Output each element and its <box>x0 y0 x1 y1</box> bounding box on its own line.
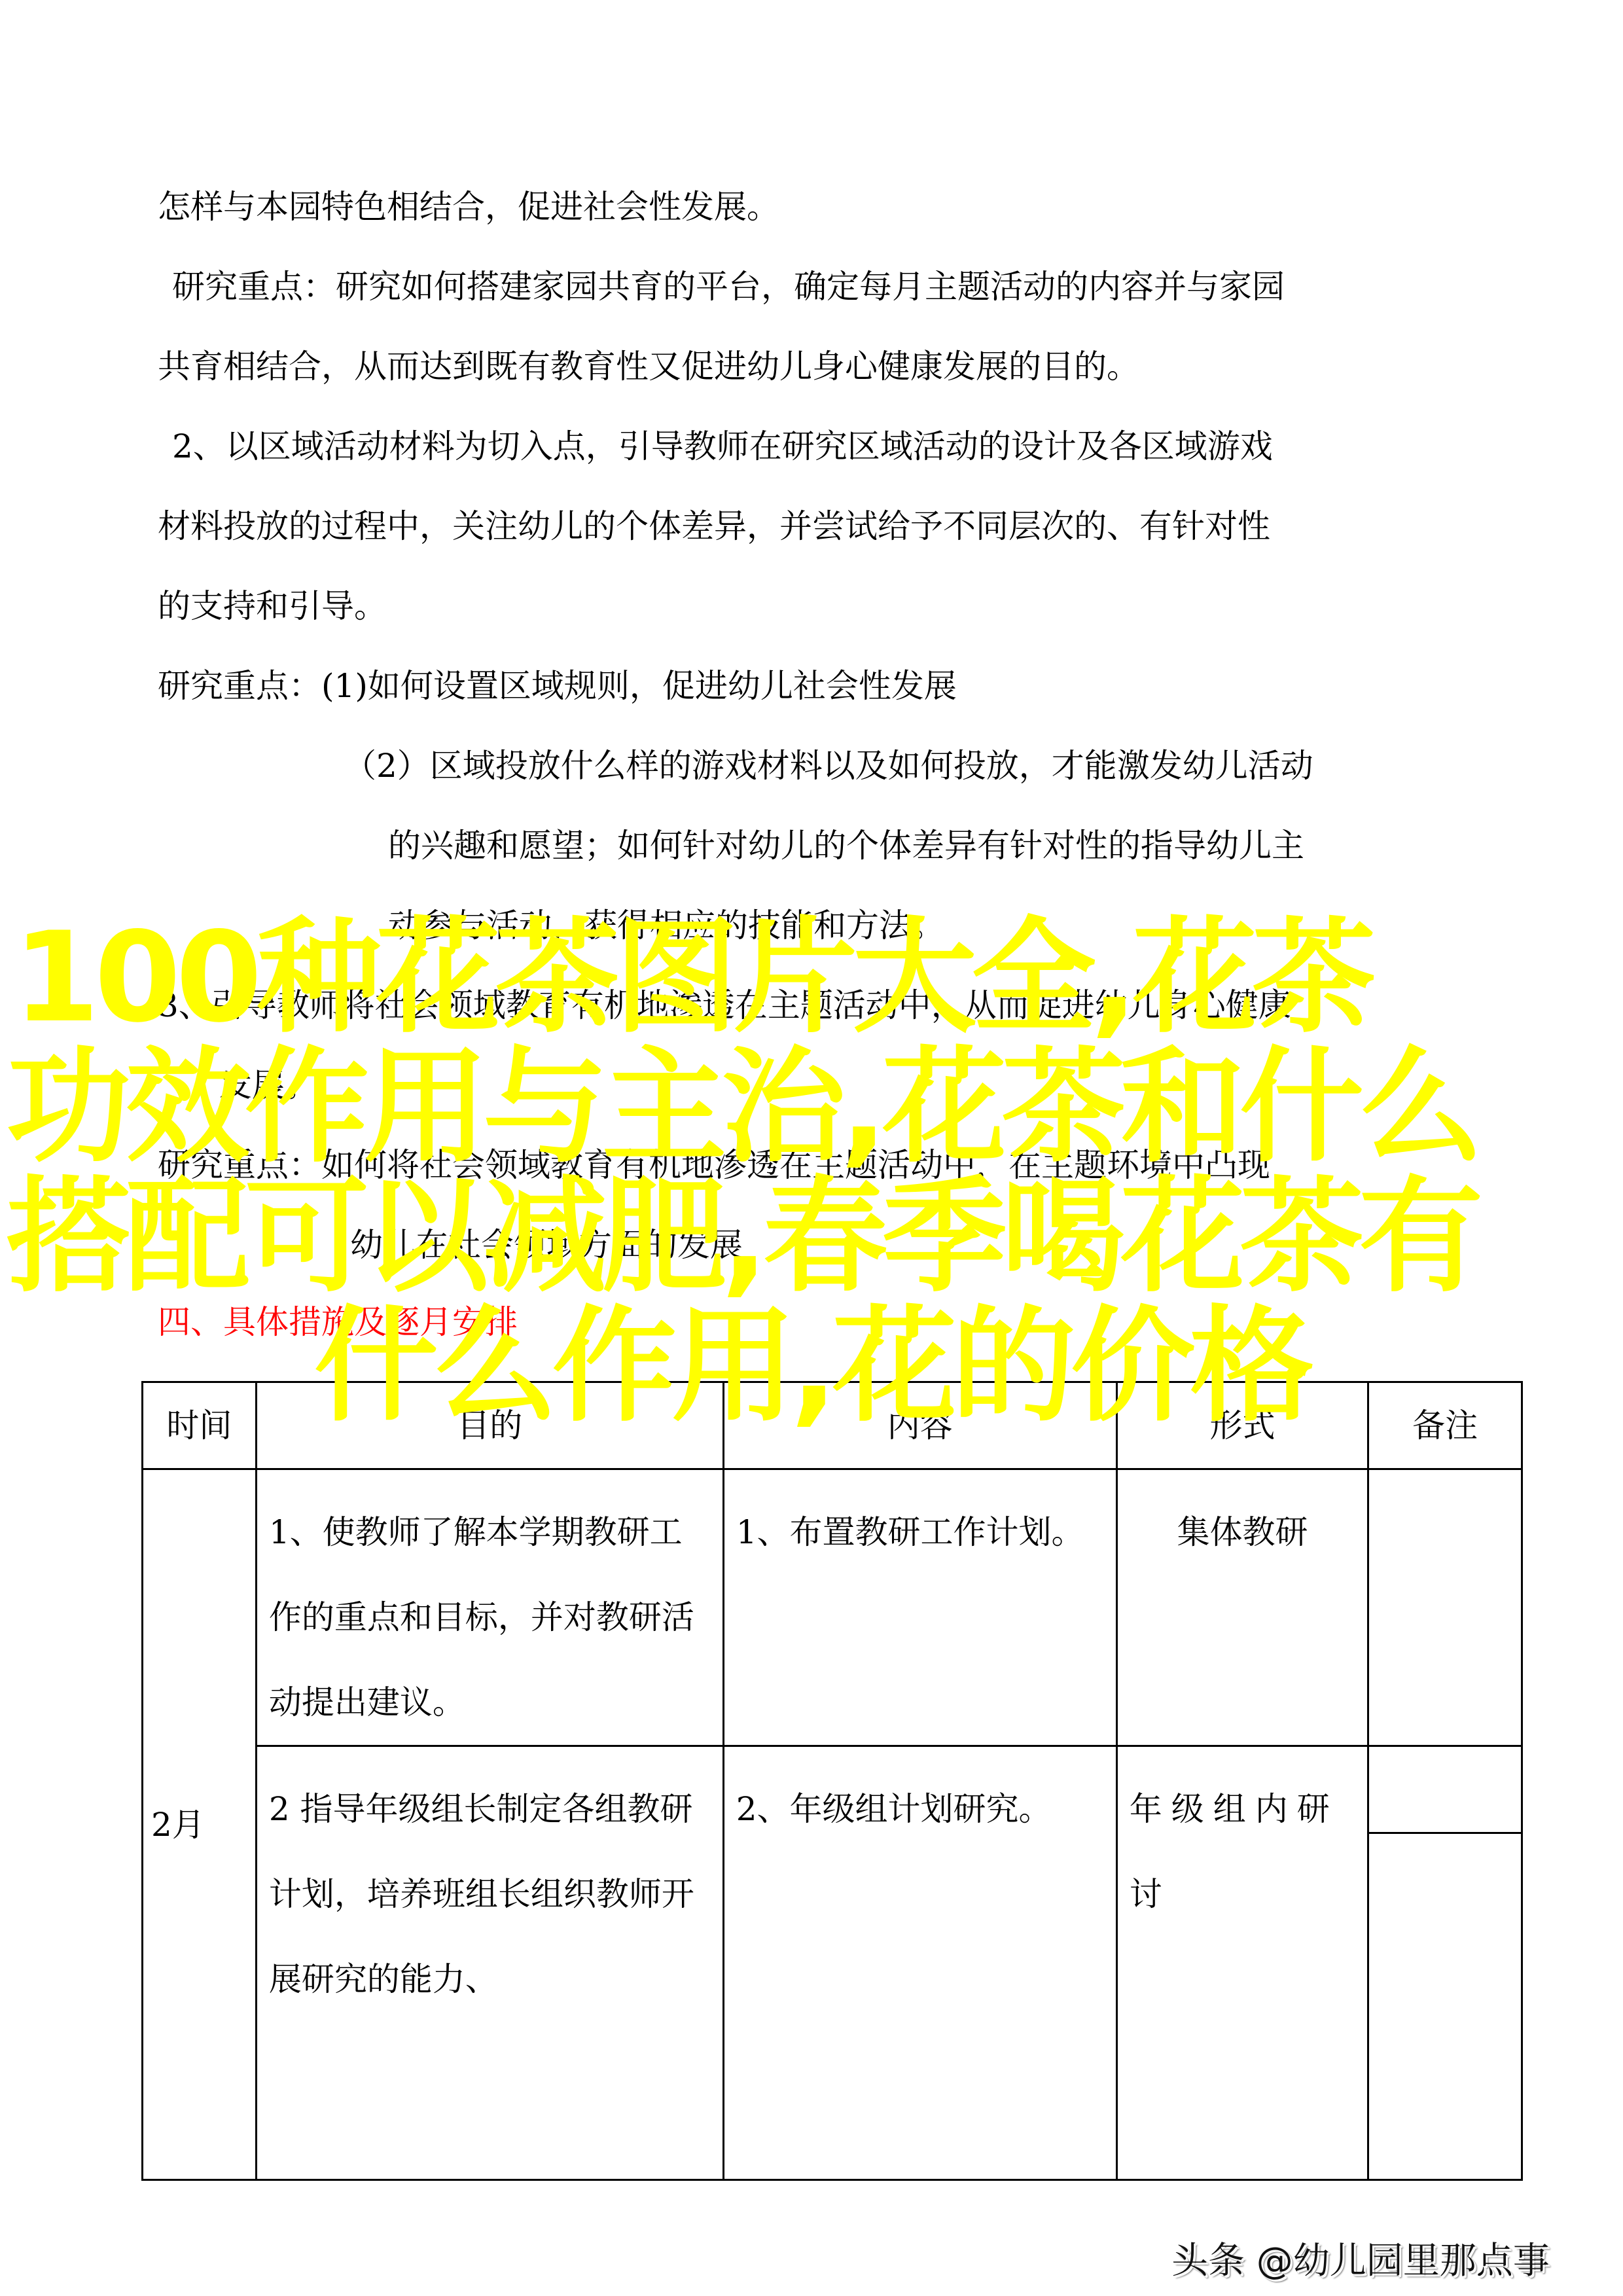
overlay-title: 100种花茶图片大全,花茶 功效作用与主治,花茶和什么 搭配可以减肥,春季喝花茶… <box>0 913 1623 1431</box>
paragraph-line: 2、以区域活动材料为切入点，引导教师在研究区域活动的设计及各区域游戏 <box>172 427 1273 466</box>
content-cell: 1、布置教研工作计划。 <box>723 1469 1116 1746</box>
paragraph-line: 研究重点：研究如何搭建家园共育的平台，确定每月主题活动的内容并与家园 <box>172 267 1285 306</box>
note-subcell <box>1369 1747 1521 1834</box>
paragraph-line: 的支持和引导。 <box>158 586 387 626</box>
paragraph-line: 研究重点：(1)如何设置区域规则，促进幼儿社会性发展 <box>158 666 957 706</box>
form-cell: 集体教研 <box>1116 1469 1368 1746</box>
paragraph-line: 材料投放的过程中，关注幼儿的个体差异，并尝试给予不同层次的、有针对性 <box>158 507 1270 546</box>
paragraph-line: 共育相结合，从而达到既有教育性又促进幼儿身心健康发展的目的。 <box>158 347 1139 386</box>
overlay-title-line: 功效作用与主治,花茶和什么 <box>0 1043 1623 1172</box>
month-cell: 2月 <box>143 1469 257 2180</box>
schedule-table: 时间 目的 内容 形式 备注 2月 1、使教师了解本学期教研工作的重点和目标，并… <box>141 1381 1523 2181</box>
paragraph-line: 的兴趣和愿望；如何针对幼儿的个体差异有针对性的指导幼儿主 <box>388 826 1304 865</box>
form-cell: 年级组内研讨 <box>1116 1746 1368 2180</box>
content-cell: 2、年级组计划研究。 <box>723 1746 1116 2180</box>
paragraph-line: 怎样与本园特色相结合，促进社会性发展。 <box>158 187 779 226</box>
overlay-title-line: 什么作用,花的价格 <box>0 1302 1623 1431</box>
overlay-title-line: 100种花茶图片大全,花茶 <box>0 913 1623 1043</box>
purpose-cell: 1、使教师了解本学期教研工作的重点和目标，并对教研活动提出建议。 <box>256 1469 723 1746</box>
overlay-title-line: 搭配可以减肥,春季喝花茶有 <box>0 1172 1623 1302</box>
paragraph-line: （2）区域投放什么样的游戏材料以及如何投放，才能激发幼儿活动 <box>344 746 1313 785</box>
note-cell <box>1368 1469 1522 1746</box>
table-row: 2 指导年级组长制定各组教研计划，培养班组长组织教师开展研究的能力、 2、年级组… <box>143 1746 1522 2180</box>
watermark: 头条 @幼儿园里那点事 <box>1171 2232 1550 2284</box>
purpose-cell: 2 指导年级组长制定各组教研计划，培养班组长组织教师开展研究的能力、 <box>256 1746 723 2180</box>
table-row: 2月 1、使教师了解本学期教研工作的重点和目标，并对教研活动提出建议。 1、布置… <box>143 1469 1522 1746</box>
note-cell <box>1368 1746 1522 2180</box>
